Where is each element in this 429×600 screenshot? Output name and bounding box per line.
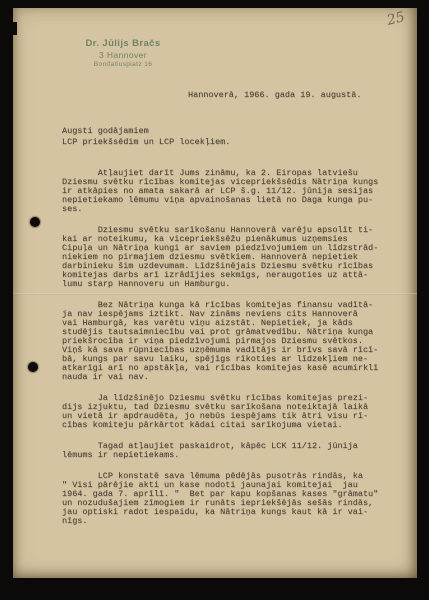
letter-paragraph: LCP konstatē sava lēmuma pēdējās pusotrā…	[62, 472, 378, 526]
fold-crease	[13, 293, 417, 295]
punch-hole-bottom	[28, 362, 38, 372]
letterhead-stamp: Dr. Jūlijs Bračs 3 Hannover Bonifatiuspl…	[59, 38, 187, 68]
letter-page: Dr. Jūlijs Bračs 3 Hannover Bonifatiuspl…	[13, 8, 417, 578]
salutation: Augsti godājamiem LCP priekšsēdim un LCP…	[62, 126, 230, 148]
letter-body: Atļaujiet darīt Jums zināmu, ka 2. Eirop…	[62, 169, 378, 538]
letter-paragraph: Dziesmu svētku sarīkošanu Hannoverā varē…	[62, 226, 378, 289]
sender-name: Dr. Jūlijs Bračs	[59, 38, 187, 49]
letter-paragraph: Bez Nātriņa kunga kā rīcības komitejas f…	[62, 301, 378, 382]
letter-paragraph: Tagad atļaujiet paskaidrot, kāpēc LCK 11…	[62, 442, 378, 460]
dateline: Hannoverā, 1966. gada 19. augustā.	[188, 90, 361, 100]
punch-hole-top	[30, 217, 40, 227]
letter-paragraph: Atļaujiet darīt Jums zināmu, ka 2. Eirop…	[62, 169, 378, 214]
scan-background: { "colors":{ "background":"#0b0a08", "pa…	[0, 0, 429, 600]
scan-edge-notch	[11, 22, 17, 35]
letter-paragraph: Ja līdzšinējo Dziesmu svētku rīcības kom…	[62, 394, 378, 430]
sender-street: Bonifatiusplatz 16	[59, 61, 187, 68]
handwritten-page-number: 25	[385, 9, 406, 29]
sender-city: 3 Hannover	[59, 50, 187, 60]
